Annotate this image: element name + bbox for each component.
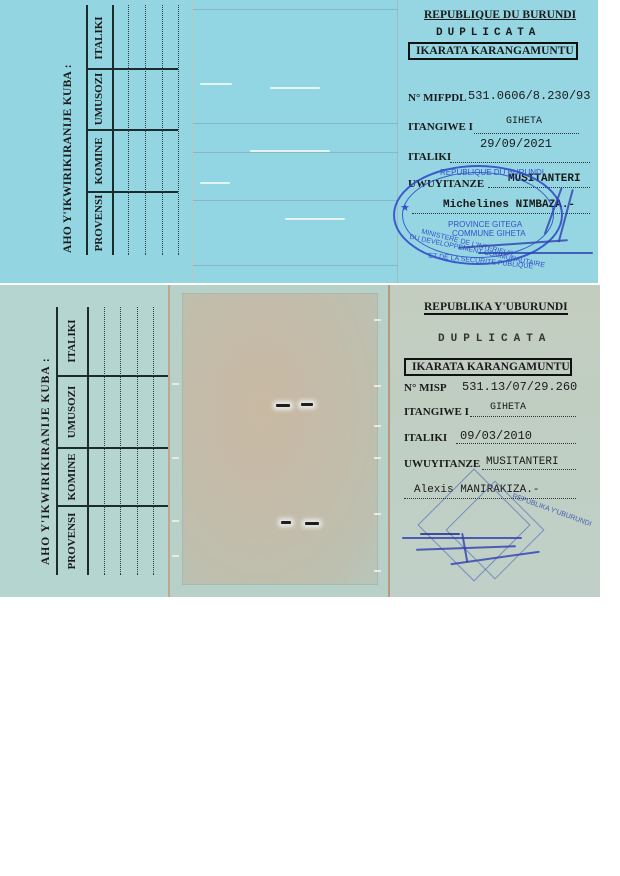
issuer-label: UWUYITANZE xyxy=(404,458,480,470)
staple-slot xyxy=(281,521,291,524)
scratch xyxy=(270,87,320,89)
date-value: 09/03/2010 xyxy=(460,429,532,443)
stitch xyxy=(172,555,179,557)
stitch xyxy=(374,513,381,515)
staple-slot xyxy=(301,403,313,406)
entry-line xyxy=(104,307,105,575)
stitch xyxy=(172,520,179,522)
card-bottom-right-panel: REPUBLIKA Y'UBURUNDI DUPLICATA IKARATA K… xyxy=(390,285,600,597)
card-type-box: IKARATA KARANGAMUNTU xyxy=(408,42,578,60)
column-komine: KOMINE xyxy=(93,131,105,191)
republic-heading: REPUBLIKA Y'UBURUNDI xyxy=(424,301,568,315)
dotted-line xyxy=(474,133,579,134)
column-umusozi: UMUSOZI xyxy=(66,377,78,447)
entry-line xyxy=(162,5,163,255)
scratch xyxy=(285,218,345,220)
dotted-line xyxy=(482,469,576,470)
republic-heading: REPUBLIQUE DU BURUNDI xyxy=(424,9,576,21)
date-value: 29/09/2021 xyxy=(480,137,552,151)
stamp-star-icon: ★ xyxy=(400,201,410,214)
scratch xyxy=(200,182,230,184)
table-rule xyxy=(56,307,58,575)
entry-line xyxy=(128,5,129,255)
issued-at-value: GIHETA xyxy=(506,116,542,127)
number-value: 531.0606/8.230/93 xyxy=(468,89,590,103)
stitch xyxy=(172,383,179,385)
scratch xyxy=(250,150,330,152)
residence-table-bottom: AHO Y'IKWIRIKIRANIJE KUBA : PROVENSI KOM… xyxy=(0,285,170,597)
stamp-top-text: REPUBLIQUE DU BURUNDI xyxy=(440,168,544,177)
duplicata-label: DUPLICATA xyxy=(438,333,551,345)
stamp-commune-text: COMMUNE GIHETA xyxy=(452,229,526,238)
column-italiki: ITALIKI xyxy=(66,307,78,375)
column-umusozi: UMUSOZI xyxy=(93,69,105,129)
signature-stroke xyxy=(478,252,593,254)
issued-at-label: ITANGIWE I xyxy=(408,121,473,133)
stitch xyxy=(374,425,381,427)
dotted-line xyxy=(456,443,576,444)
card-bottom-middle-panel xyxy=(170,285,390,597)
column-provensi: PROVENSI xyxy=(93,193,105,253)
date-label: ITALIKI xyxy=(404,432,447,444)
id-card-bottom: AHO Y'IKWIRIKIRANIJE KUBA : PROVENSI KOM… xyxy=(0,285,600,597)
duplicata-label: DUPLICATA xyxy=(436,27,540,39)
number-label: N° MISP xyxy=(404,382,447,394)
number-label: N° MIFPDL xyxy=(408,92,466,104)
stitch xyxy=(374,457,381,459)
residence-table-title: AHO Y'IKWIRIKIRANIJE KUBA : xyxy=(62,64,74,253)
number-value: 531.13/07/29.260 xyxy=(462,380,577,394)
card-type-box: IKARATA KARANGAMUNTU xyxy=(404,358,572,376)
date-label: ITALIKI xyxy=(408,151,451,163)
card-top-left-panel: AHO Y'IKWIRIKIRANIJE KUBA : PROVENSI KOM… xyxy=(0,0,193,283)
issued-at-value: GIHETA xyxy=(490,402,526,413)
dotted-line xyxy=(450,162,590,163)
residence-table-title: AHO Y'IKWIRIKIRANIJE KUBA : xyxy=(40,357,52,565)
stitch xyxy=(172,457,179,459)
card-top-middle-panel xyxy=(193,0,398,283)
staple-slot xyxy=(276,404,290,407)
issuer-title: MUSITANTERI xyxy=(486,456,559,468)
staple-slot xyxy=(305,522,319,525)
scratch xyxy=(200,83,232,85)
column-provensi: PROVENSI xyxy=(66,507,78,575)
entry-line xyxy=(120,307,121,575)
residence-table-top: AHO Y'IKWIRIKIRANIJE KUBA : PROVENSI KOM… xyxy=(0,0,193,283)
column-komine: KOMINE xyxy=(66,449,78,505)
entry-line xyxy=(153,307,154,575)
card-top-right-panel: REPUBLIQUE DU BURUNDI DUPLICATA IKARATA … xyxy=(398,0,598,283)
stamp-province-text: PROVINCE GITEGA xyxy=(448,220,522,229)
table-rule xyxy=(87,307,89,575)
dotted-line xyxy=(470,416,576,417)
issued-at-label: ITANGIWE I xyxy=(404,406,469,418)
entry-line xyxy=(178,5,179,255)
stitch xyxy=(374,570,381,572)
entry-line xyxy=(137,307,138,575)
photo-area xyxy=(182,293,378,585)
id-card-top: AHO Y'IKWIRIKIRANIJE KUBA : PROVENSI KOM… xyxy=(0,0,598,283)
card-bottom-left-panel: AHO Y'IKWIRIKIRANIJE KUBA : PROVENSI KOM… xyxy=(0,285,170,597)
stitch xyxy=(374,385,381,387)
entry-line xyxy=(145,5,146,255)
column-italiki: ITALIKI xyxy=(93,8,105,68)
stitch xyxy=(374,319,381,321)
signature-stroke xyxy=(420,533,460,535)
